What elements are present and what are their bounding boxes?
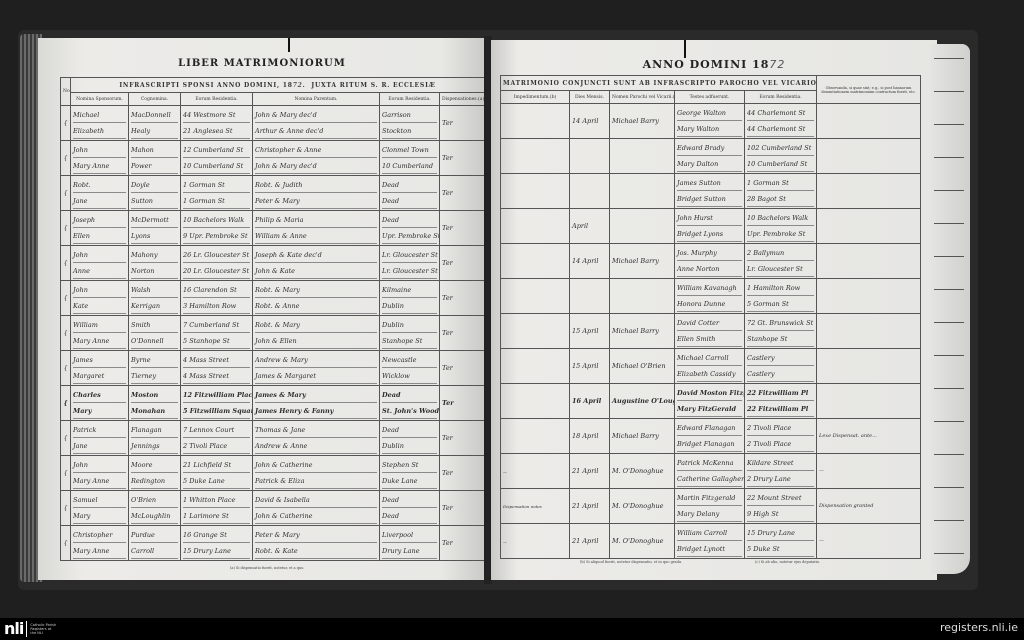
groom-text: Joseph: [73, 213, 126, 228]
dispensation-cell: Ter: [440, 106, 485, 141]
surname-text: Lyons: [131, 229, 178, 244]
cell: JohnAnne: [71, 246, 129, 281]
res-text: 10 Cumberland St: [183, 159, 250, 174]
surname-text: O'Brien: [131, 493, 178, 508]
res-text: 2 Tivoli Place: [183, 439, 250, 454]
cell: Robt. & JudithPeter & Mary: [253, 176, 380, 211]
pres-text: Dead: [382, 388, 437, 403]
surname-text: O'Donnell: [131, 334, 178, 349]
ruled-line: [934, 454, 964, 455]
ruled-line: [934, 256, 964, 257]
bride-text: Mary Anne: [73, 159, 126, 174]
pres-text: Newcastle: [382, 353, 437, 368]
parents-text: Patrick & Eliza: [255, 474, 377, 489]
pres-text: Lr. Gloucester St: [382, 248, 437, 263]
entry-number: {: [61, 211, 71, 246]
res-text: 26 Lr. Gloucester St: [183, 248, 250, 263]
entry-number: {: [61, 281, 71, 316]
marriage-register-right-table: MATRIMONIO CONJUNCTI SUNT AB INFRASCRIPT…: [500, 75, 921, 559]
pres-text: Dublin: [382, 299, 437, 314]
date-cell: [570, 279, 610, 314]
cell: JamesMargaret: [71, 351, 129, 386]
pres-text: Kilmaine: [382, 283, 437, 298]
parents-text: Andrew & Anne: [255, 439, 377, 454]
image-viewer[interactable]: LIBER MATRIMONIORUM No. INFRASCRIPTI SPO…: [0, 0, 1024, 618]
cell: Clonmel Town10 Cumberland: [380, 141, 440, 176]
date-cell: [570, 174, 610, 209]
table-row: {JosephEllenMcDermottLyons10 Bachelors W…: [61, 211, 485, 246]
witness-text: 44 Charlemont St: [747, 106, 814, 121]
res-text: 7 Lennox Court: [183, 423, 250, 438]
cell: WalshKerrigan: [129, 281, 181, 316]
observation-cell: [817, 314, 921, 349]
table-row: Dispensation notes21 AprilM. O'DonoghueM…: [501, 489, 921, 524]
observation-cell: [817, 209, 921, 244]
pres-text: Garrison: [382, 108, 437, 123]
witness-text: Jos. Murphy: [677, 246, 742, 261]
col-header: Dispensationes.(a): [440, 93, 485, 106]
dispensation-cell: Ter: [440, 351, 485, 386]
ruled-line: [934, 520, 964, 521]
res-text: 4 Mass Street: [183, 353, 250, 368]
date-cell: 14 April: [570, 244, 610, 279]
priest-cell: Augustine O'Loughlin: [610, 384, 675, 419]
dispensation-cell: Ter: [440, 421, 485, 456]
pres-text: St. John's Wood: [382, 404, 437, 419]
table-row: {ChristopherMary AnnePurdueCarroll16 Gra…: [61, 526, 485, 561]
impediment-cell: [501, 104, 570, 139]
cell: Philip & MariaWilliam & Anne: [253, 211, 380, 246]
table-row: 16 AprilAugustine O'LoughlinDavid Moston…: [501, 384, 921, 419]
witness-text: 2 Tivoli Place: [747, 437, 814, 452]
cell: Martin FitzgeraldMary Delany: [675, 489, 745, 524]
cell: ChristopherMary Anne: [71, 526, 129, 561]
observation-cell: Lexe Dispensat. ante...: [817, 419, 921, 454]
dispensation-cell: Ter: [440, 281, 485, 316]
entry-number: {: [61, 351, 71, 386]
priest-cell: Michael Barry: [610, 104, 675, 139]
col-observations: Observanda, si quae sint; e.g., si post …: [817, 76, 921, 104]
cell: FlanaganJennings: [129, 421, 181, 456]
ruled-line: [934, 322, 964, 323]
col-header: Eorum Residentia.: [181, 93, 253, 106]
left-banner: INFRASCRIPTI SPONSI ANNO DOMINI, 1872. J…: [71, 78, 485, 93]
witness-text: David Cotter: [677, 316, 742, 331]
witness-text: Mary Delany: [677, 507, 742, 522]
parents-text: John & Kate: [255, 264, 377, 279]
cell: MacDonnellHealy: [129, 106, 181, 141]
cell: 12 Cumberland St10 Cumberland St: [181, 141, 253, 176]
cell: MostonMonahan: [129, 386, 181, 421]
cell: GarrisonStockton: [380, 106, 440, 141]
witness-text: Edward Brady: [677, 141, 742, 156]
priest-cell: M. O'Donoghue: [610, 454, 675, 489]
cell: O'BrienMcLoughlin: [129, 491, 181, 526]
dispensation-cell: Ter: [440, 526, 485, 561]
nli-logo[interactable]: nli Catholic Parish Registers at the NLI: [4, 620, 56, 638]
cell: CastleryCastlery: [745, 349, 817, 384]
cell: 16 Grange St15 Drury Lane: [181, 526, 253, 561]
observation-cell: [817, 244, 921, 279]
witness-text: Mary FitzGerald: [677, 402, 742, 417]
witness-text: John Hurst: [677, 211, 742, 226]
table-row: 14 AprilMichael BarryGeorge WaltonMary W…: [501, 104, 921, 139]
pres-text: Dead: [382, 493, 437, 508]
parents-text: Andrew & Mary: [255, 353, 377, 368]
col-header: Impedimentum.(b): [501, 91, 570, 104]
surname-text: Mahon: [131, 143, 178, 158]
cell: PatrickJane: [71, 421, 129, 456]
dispensation-cell: Ter: [440, 491, 485, 526]
surname-text: McLoughlin: [131, 509, 178, 524]
groom-text: Michael: [73, 108, 126, 123]
witness-text: Mary Dalton: [677, 157, 742, 172]
table-row: {MichaelElizabethMacDonnellHealy44 Westm…: [61, 106, 485, 141]
observation-cell: [817, 174, 921, 209]
impediment-cell: [501, 139, 570, 174]
priest-cell: [610, 174, 675, 209]
cell: Christopher & AnneJohn & Mary dec'd: [253, 141, 380, 176]
table-row: 15 AprilMichael BarryDavid CotterEllen S…: [501, 314, 921, 349]
date-cell: 21 April: [570, 454, 610, 489]
res-text: 10 Bachelors Walk: [183, 213, 250, 228]
table-row: 14 AprilMichael BarryJos. MurphyAnne Nor…: [501, 244, 921, 279]
parents-text: John & Mary dec'd: [255, 159, 377, 174]
cell: 22 Mount Street9 High St: [745, 489, 817, 524]
cell: DublinStanhope St: [380, 316, 440, 351]
cell: Stephen StDuke Lane: [380, 456, 440, 491]
col-header: Nomina Parentum.: [253, 93, 380, 106]
cell: 2 Tivoli Place2 Tivoli Place: [745, 419, 817, 454]
witness-text: Lr. Gloucester St: [747, 262, 814, 277]
col-header: Nomina Sponsorum.: [71, 93, 129, 106]
table-row: {JohnAnneMahonyNorton26 Lr. Gloucester S…: [61, 246, 485, 281]
impediment-cell: [501, 314, 570, 349]
ruled-line: [934, 190, 964, 191]
table-row: {JohnKateWalshKerrigan16 Clarendon St3 H…: [61, 281, 485, 316]
impediment-cell: [501, 244, 570, 279]
cell: John & Mary dec'dArthur & Anne dec'd: [253, 106, 380, 141]
col-header: Testes adfuerunt.: [675, 91, 745, 104]
bride-text: Mary Anne: [73, 334, 126, 349]
cell: 10 Bachelors Walk9 Upr. Pembroke St: [181, 211, 253, 246]
groom-text: William: [73, 318, 126, 333]
pres-text: Lr. Gloucester St: [382, 264, 437, 279]
cell: DoyleSutton: [129, 176, 181, 211]
impediment-cell: [501, 174, 570, 209]
cell: Edward BradyMary Dalton: [675, 139, 745, 174]
cell: WilliamMary Anne: [71, 316, 129, 351]
surname-text: Tierney: [131, 369, 178, 384]
cell: MahonPower: [129, 141, 181, 176]
priest-cell: M. O'Donoghue: [610, 489, 675, 524]
witness-text: Edward Flanagan: [677, 421, 742, 436]
right-footnote-b: (b) Si aliquod fuerit, notetur dispensat…: [580, 560, 682, 564]
table-row: {WilliamMary AnneSmithO'Donnell7 Cumberl…: [61, 316, 485, 351]
cell: Lr. Gloucester StLr. Gloucester St: [380, 246, 440, 281]
cell: PurdueCarroll: [129, 526, 181, 561]
ruled-line: [934, 124, 964, 125]
cell: MahonyNorton: [129, 246, 181, 281]
logo-divider: [26, 621, 27, 637]
witness-text: David Moston Fitzgerald: [677, 386, 742, 401]
pres-text: Dead: [382, 194, 437, 209]
witness-text: 5 Duke St: [747, 542, 814, 557]
table-row: —21 AprilM. O'DonoghuePatrick McKennaCat…: [501, 454, 921, 489]
cell: KilmaineDublin: [380, 281, 440, 316]
cell: Robt.Jane: [71, 176, 129, 211]
bride-text: Mary Anne: [73, 474, 126, 489]
cell: 7 Cumberland St5 Stanhope St: [181, 316, 253, 351]
nli-logo-mark: nli: [4, 620, 23, 638]
table-row: Edward BradyMary Dalton102 Cumberland St…: [501, 139, 921, 174]
cell: CharlesMary: [71, 386, 129, 421]
cell: Edward FlanaganBridget Flanagan: [675, 419, 745, 454]
cell: Kildare Street2 Drury Lane: [745, 454, 817, 489]
cell: SmithO'Donnell: [129, 316, 181, 351]
bride-text: Margaret: [73, 369, 126, 384]
parents-text: Robt. & Kate: [255, 544, 377, 559]
witness-text: 15 Drury Lane: [747, 526, 814, 541]
cell: MichaelElizabeth: [71, 106, 129, 141]
entry-number: {: [61, 141, 71, 176]
observation-cell: [817, 384, 921, 419]
parents-text: John & Catherine: [255, 509, 377, 524]
res-text: 1 Gorman St: [183, 194, 250, 209]
priest-cell: Michael Barry: [610, 244, 675, 279]
priest-cell: Michael O'Brien: [610, 349, 675, 384]
col-header: Eorum Residentia.: [745, 91, 817, 104]
bride-text: Jane: [73, 194, 126, 209]
date-cell: 21 April: [570, 524, 610, 559]
cell: DeadUpr. Pembroke St: [380, 211, 440, 246]
cell: 16 Clarendon St3 Hamilton Row: [181, 281, 253, 316]
cell: George WaltonMary Walton: [675, 104, 745, 139]
bride-text: Mary Anne: [73, 544, 126, 559]
bride-text: Anne: [73, 264, 126, 279]
res-text: 21 Anglesea St: [183, 124, 250, 139]
impediment-cell: [501, 349, 570, 384]
logo-caption: Catholic Parish Registers at the NLI: [30, 623, 56, 635]
cell: MooreRedington: [129, 456, 181, 491]
cell: 102 Cumberland St10 Cumberland St: [745, 139, 817, 174]
dispensation-cell: Ter: [440, 211, 485, 246]
cell: 1 Gorman St28 Bagot St: [745, 174, 817, 209]
surname-text: Purdue: [131, 528, 178, 543]
bride-text: Mary: [73, 404, 126, 419]
res-text: 16 Clarendon St: [183, 283, 250, 298]
surname-text: Smith: [131, 318, 178, 333]
witness-text: Bridget Flanagan: [677, 437, 742, 452]
table-row: {Robt.JaneDoyleSutton1 Gorman St1 Gorman…: [61, 176, 485, 211]
date-cell: April: [570, 209, 610, 244]
cell: John HurstBridget Lyons: [675, 209, 745, 244]
parents-text: Peter & Mary: [255, 194, 377, 209]
witness-text: 44 Charlemont St: [747, 122, 814, 137]
pres-text: Upr. Pembroke St: [382, 229, 437, 244]
cell: 1 Gorman St1 Gorman St: [181, 176, 253, 211]
date-cell: [570, 139, 610, 174]
groom-text: Charles: [73, 388, 126, 403]
cell: 2 BallymunLr. Gloucester St: [745, 244, 817, 279]
entry-number: {: [61, 246, 71, 281]
pres-text: Dead: [382, 178, 437, 193]
res-text: 5 Stanhope St: [183, 334, 250, 349]
surname-text: Monahan: [131, 404, 178, 419]
groom-text: Christopher: [73, 528, 126, 543]
pres-text: Dead: [382, 509, 437, 524]
surname-text: Sutton: [131, 194, 178, 209]
res-text: 1 Gorman St: [183, 178, 250, 193]
priest-cell: [610, 279, 675, 314]
witness-text: Elizabeth Cassidy: [677, 367, 742, 382]
witness-text: William Kavanagh: [677, 281, 742, 296]
cell: LiverpoolDrury Lane: [380, 526, 440, 561]
right-footnote-c: (c) Si ab alio, notetur ejus deputatio.: [755, 560, 820, 564]
impediment-cell: [501, 209, 570, 244]
cell: DeadDublin: [380, 421, 440, 456]
res-text: 44 Westmore St: [183, 108, 250, 123]
dispensation-cell: Ter: [440, 176, 485, 211]
ruled-line: [934, 58, 964, 59]
table-row: {JohnMary AnneMooreRedington21 Lichfield…: [61, 456, 485, 491]
cell: William KavanaghHonora Dunne: [675, 279, 745, 314]
observation-cell: [817, 349, 921, 384]
cell: 7 Lennox Court2 Tivoli Place: [181, 421, 253, 456]
ruled-line: [934, 223, 964, 224]
cell: Thomas & JaneAndrew & Anne: [253, 421, 380, 456]
priest-cell: M. O'Donoghue: [610, 524, 675, 559]
res-text: 20 Lr. Gloucester St: [183, 264, 250, 279]
cell: David Moston FitzgeraldMary FitzGerald: [675, 384, 745, 419]
pres-text: Stephen St: [382, 458, 437, 473]
binding-thread: [288, 38, 290, 52]
witness-text: 2 Tivoli Place: [747, 421, 814, 436]
res-text: 1 Larimore St: [183, 509, 250, 524]
witness-text: Patrick McKenna: [677, 456, 742, 471]
surname-text: MacDonnell: [131, 108, 178, 123]
cell: John & CatherinePatrick & Eliza: [253, 456, 380, 491]
parents-text: James Henry & Fanny: [255, 404, 377, 419]
witness-text: 10 Bachelors Walk: [747, 211, 814, 226]
cell: DeadDead: [380, 491, 440, 526]
cell: SamuelMary: [71, 491, 129, 526]
cell: 12 Fitzwilliam Place5 Fitzwilliam Square: [181, 386, 253, 421]
surname-text: Doyle: [131, 178, 178, 193]
impediment-cell: —: [501, 524, 570, 559]
binding-thread: [684, 40, 686, 58]
cell: Peter & MaryRobt. & Kate: [253, 526, 380, 561]
cell: DeadSt. John's Wood: [380, 386, 440, 421]
bride-text: Kate: [73, 299, 126, 314]
parents-text: James & Margaret: [255, 369, 377, 384]
witness-text: George Walton: [677, 106, 742, 121]
observation-cell: [817, 139, 921, 174]
witness-text: 2 Ballymun: [747, 246, 814, 261]
col-number: No.: [61, 78, 71, 106]
cell: Andrew & MaryJames & Margaret: [253, 351, 380, 386]
surname-text: Mahony: [131, 248, 178, 263]
entry-number: {: [61, 491, 71, 526]
witness-text: Catherine Gallagher: [677, 472, 742, 487]
impediment-cell: [501, 419, 570, 454]
entry-number: {: [61, 386, 71, 421]
parents-text: Joseph & Kate dec'd: [255, 248, 377, 263]
res-text: 15 Drury Lane: [183, 544, 250, 559]
surname-text: Moston: [131, 388, 178, 403]
cell: NewcastleWicklow: [380, 351, 440, 386]
date-cell: 16 April: [570, 384, 610, 419]
bride-text: Ellen: [73, 229, 126, 244]
parents-text: James & Mary: [255, 388, 377, 403]
pres-text: Dead: [382, 423, 437, 438]
pres-text: 10 Cumberland: [382, 159, 437, 174]
witness-text: Anne Norton: [677, 262, 742, 277]
dispensation-cell: Ter: [440, 386, 485, 421]
dispensation-cell: Ter: [440, 316, 485, 351]
site-link[interactable]: registers.nli.ie: [940, 621, 1018, 634]
cell: Michael CarrollElizabeth Cassidy: [675, 349, 745, 384]
table-row: {JohnMary AnneMahonPower12 Cumberland St…: [61, 141, 485, 176]
date-cell: 18 April: [570, 419, 610, 454]
pres-text: Dublin: [382, 439, 437, 454]
witness-text: 102 Cumberland St: [747, 141, 814, 156]
cell: William CarrollBridget Lynott: [675, 524, 745, 559]
res-text: 5 Fitzwilliam Square: [183, 404, 250, 419]
col-header: Dies Mensis.: [570, 91, 610, 104]
witness-text: 1 Hamilton Row: [747, 281, 814, 296]
witness-text: 9 High St: [747, 507, 814, 522]
priest-cell: Michael Barry: [610, 314, 675, 349]
cell: 15 Drury Lane5 Duke St: [745, 524, 817, 559]
cell: 26 Lr. Gloucester St20 Lr. Gloucester St: [181, 246, 253, 281]
witness-text: 10 Cumberland St: [747, 157, 814, 172]
bride-text: Mary: [73, 509, 126, 524]
res-text: 1 Whitton Place: [183, 493, 250, 508]
table-row: {JamesMargaretByrneTierney4 Mass Street4…: [61, 351, 485, 386]
ruled-line: [934, 289, 964, 290]
surname-text: Healy: [131, 124, 178, 139]
cell: JosephEllen: [71, 211, 129, 246]
witness-text: 1 Gorman St: [747, 176, 814, 191]
groom-text: Robt.: [73, 178, 126, 193]
cell: 21 Lichfield St5 Duke Lane: [181, 456, 253, 491]
bride-text: Jane: [73, 439, 126, 454]
pres-text: Drury Lane: [382, 544, 437, 559]
cell: Jos. MurphyAnne Norton: [675, 244, 745, 279]
parents-text: Christopher & Anne: [255, 143, 377, 158]
cell: 44 Westmore St21 Anglesea St: [181, 106, 253, 141]
witness-text: Bridget Lyons: [677, 227, 742, 242]
groom-text: John: [73, 283, 126, 298]
table-row: —21 AprilM. O'DonoghueWilliam CarrollBri…: [501, 524, 921, 559]
ruled-line: [934, 553, 964, 554]
witness-text: Stanhope St: [747, 332, 814, 347]
cell: JohnMary Anne: [71, 141, 129, 176]
pres-text: Stockton: [382, 124, 437, 139]
parents-text: John & Catherine: [255, 458, 377, 473]
surname-text: Power: [131, 159, 178, 174]
witness-text: 2 Drury Lane: [747, 472, 814, 487]
cell: 72 Gt. Brunswick StStanhope St: [745, 314, 817, 349]
surname-text: Kerrigan: [131, 299, 178, 314]
observation-cell: Dispensation granted: [817, 489, 921, 524]
parents-text: William & Anne: [255, 229, 377, 244]
parents-text: John & Ellen: [255, 334, 377, 349]
entry-number: {: [61, 456, 71, 491]
entry-number: {: [61, 526, 71, 561]
pres-text: Dublin: [382, 318, 437, 333]
